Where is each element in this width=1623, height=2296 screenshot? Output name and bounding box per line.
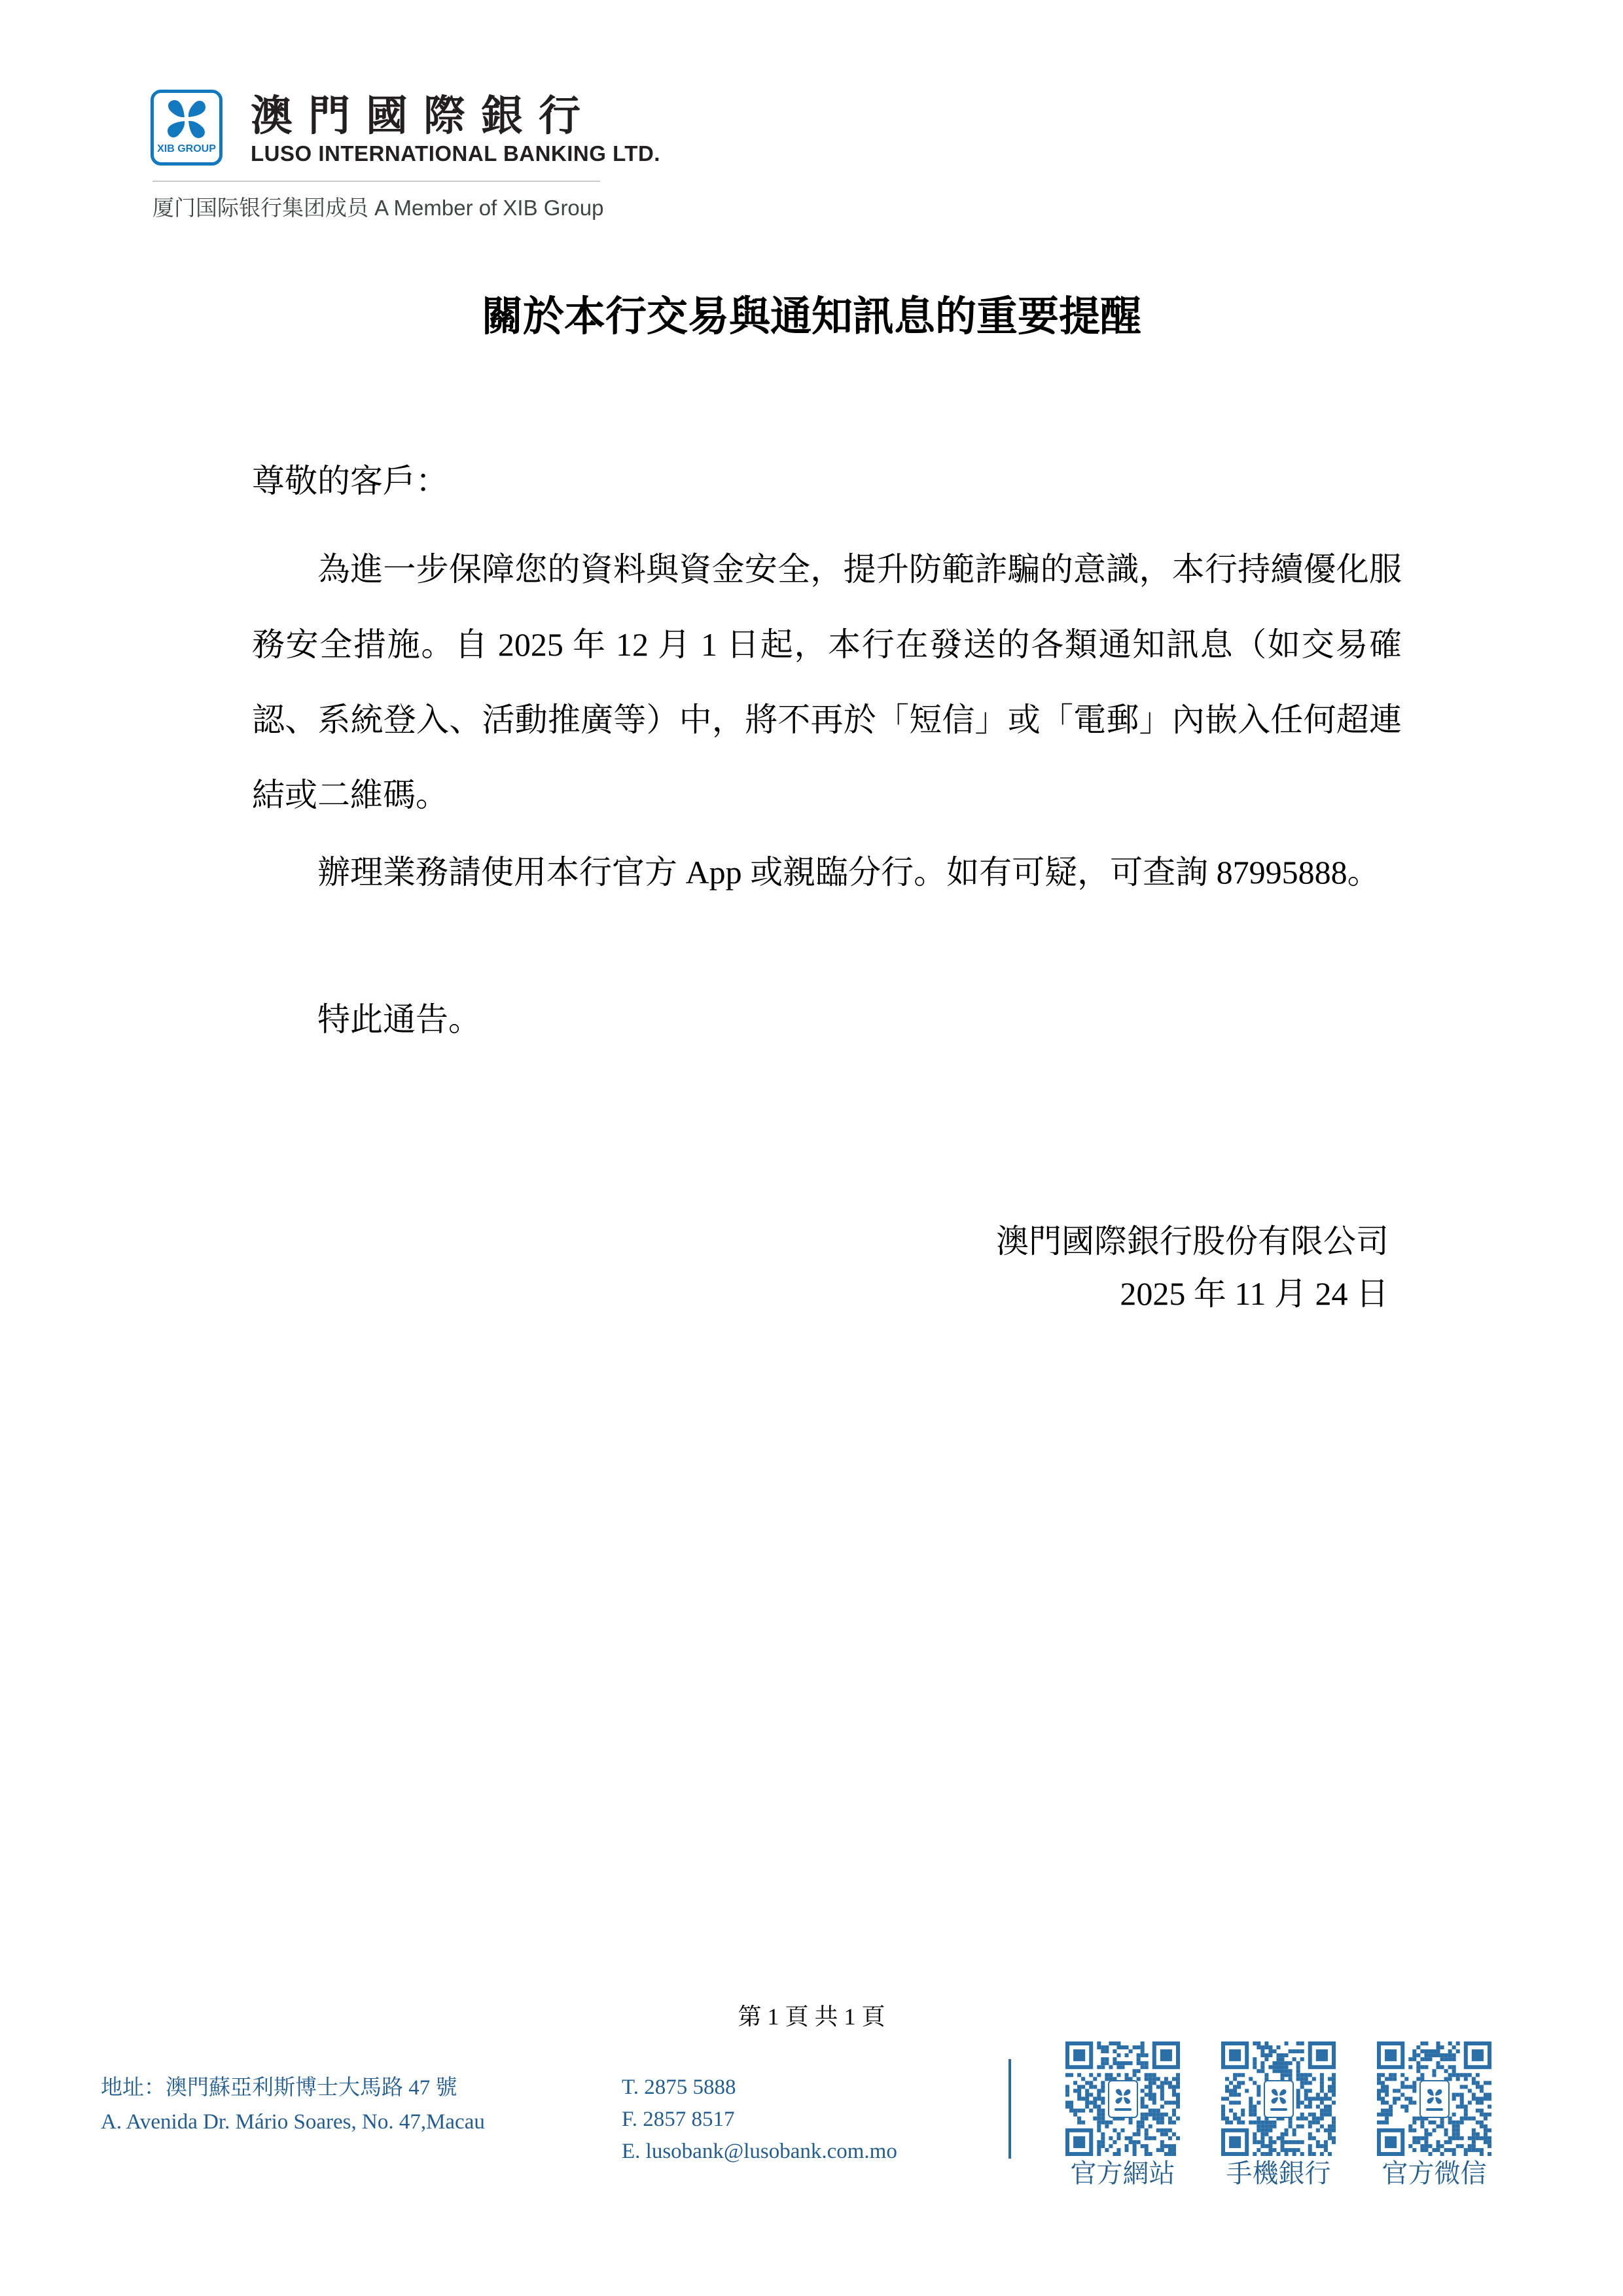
footer-address: 地址：澳門蘇亞利斯博士大馬路 47 號 A. Avenida Dr. Mário… — [101, 2071, 485, 2139]
xib-logo-qr-center — [1419, 2080, 1450, 2118]
address-english: A. Avenida Dr. Mário Soares, No. 47,Maca… — [101, 2105, 485, 2139]
qr-label-mobile-banking: 手機銀行 — [1226, 2158, 1331, 2189]
qr-label-website: 官方網站 — [1071, 2158, 1175, 2189]
clover-icon — [1269, 2087, 1289, 2106]
qr-logo-caption — [1270, 2108, 1287, 2111]
xib-logo-qr-center — [1108, 2080, 1138, 2118]
bank-name-english: LUSO INTERNATIONAL BANKING LTD. — [251, 141, 660, 166]
footer-telephone: T. 2875 5888 — [622, 2072, 897, 2104]
clover-icon — [1113, 2087, 1133, 2106]
qr-code-mobile-banking: 手機銀行 — [1221, 2041, 1336, 2156]
salutation: 尊敬的客戶： — [252, 461, 1402, 501]
paragraph-instructions: 辦理業務請使用本行官方 App 或親臨分行。如有可疑，可查詢 87995888。 — [252, 853, 1402, 892]
page-indicator: 第 1 頁 共 1 頁 — [0, 2001, 1623, 2032]
qr-code-wechat: 官方微信 — [1377, 2041, 1491, 2156]
group-membership-line: 厦门国际银行集团成员 A Member of XIB Group — [152, 191, 604, 222]
paragraph-line: 為進一步保障您的資料與資金安全，提升防範詐騙的意識，本行持續優化服 — [252, 532, 1402, 607]
footer-contacts: T. 2875 5888 F. 2857 8517 E. lusobank@lu… — [622, 2072, 897, 2168]
signature-block: 澳門國際銀行股份有限公司 2025 年 11 月 24 日 — [720, 1215, 1389, 1320]
signature-date: 2025 年 11 月 24 日 — [720, 1267, 1389, 1320]
qr-image — [1221, 2041, 1336, 2156]
xib-group-logo: XIB GROUP — [151, 90, 223, 166]
xib-logo-qr-center — [1264, 2080, 1294, 2118]
xib-group-label: XIB GROUP — [157, 144, 216, 154]
footer-fax: F. 2857 8517 — [622, 2104, 897, 2136]
qr-logo-caption — [1115, 2108, 1132, 2111]
qr-logo-caption — [1426, 2108, 1443, 2111]
qr-image — [1377, 2041, 1491, 2156]
footer-email: E. lusobank@lusobank.com.mo — [622, 2136, 897, 2168]
notice-title: 關於本行交易與通知訊息的重要提醒 — [0, 291, 1623, 343]
qr-code-official-website: 官方網站 — [1065, 2041, 1180, 2156]
closing-statement: 特此通告。 — [252, 1000, 1402, 1039]
clover-icon — [1425, 2087, 1444, 2106]
header-divider — [152, 181, 600, 182]
qr-label-wechat: 官方微信 — [1382, 2158, 1487, 2189]
document-page: XIB GROUP 澳門國際銀行 LUSO INTERNATIONAL BANK… — [0, 0, 1623, 2296]
footer-vertical-divider — [1008, 2059, 1011, 2159]
bank-name-chinese: 澳門國際銀行 — [251, 93, 596, 139]
signature-company: 澳門國際銀行股份有限公司 — [720, 1215, 1389, 1267]
clover-icon — [162, 94, 211, 144]
address-chinese: 地址：澳門蘇亞利斯博士大馬路 47 號 — [101, 2071, 485, 2105]
paragraph-line: 務安全措施。自 2025 年 12 月 1 日起，本行在發送的各類通知訊息（如交… — [252, 607, 1402, 682]
paragraph-line: 認、系統登入、活動推廣等）中，將不再於「短信」或「電郵」內嵌入任何超連 — [252, 682, 1402, 758]
paragraph-main: 為進一步保障您的資料與資金安全，提升防範詐騙的意識，本行持續優化服 務安全措施。… — [252, 532, 1402, 833]
paragraph-line: 結或二維碼。 — [252, 758, 1402, 833]
qr-image — [1065, 2041, 1180, 2156]
